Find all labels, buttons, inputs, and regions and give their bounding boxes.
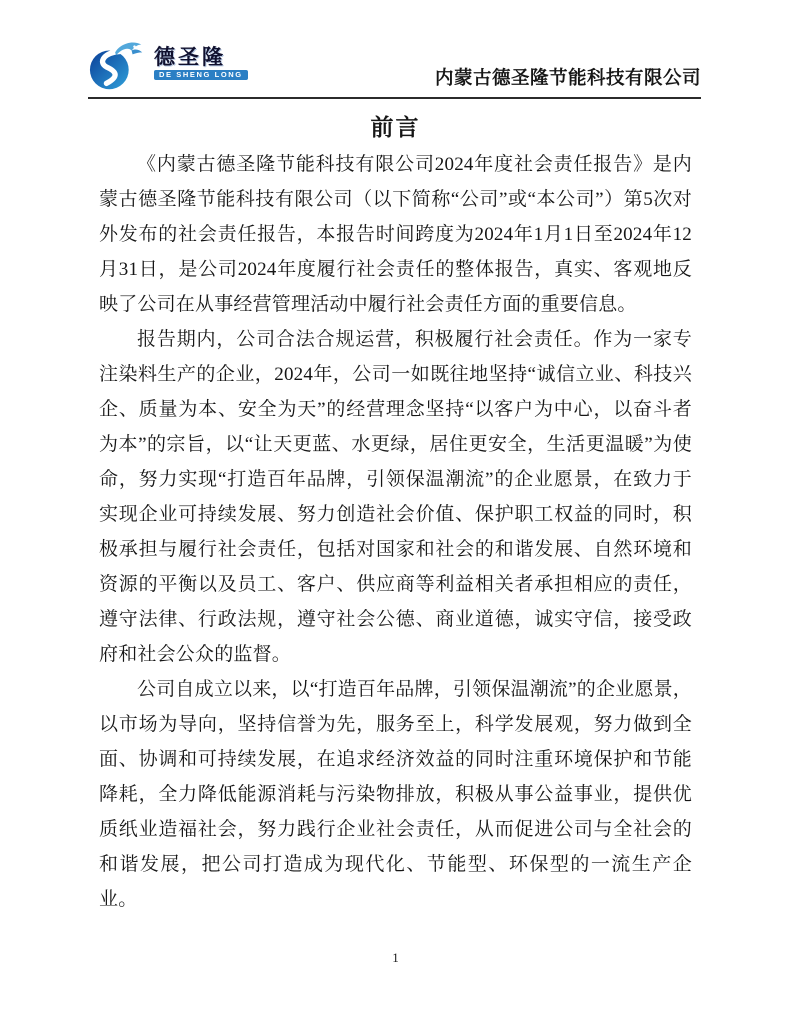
body-paragraph-1: 《内蒙古德圣隆节能科技有限公司2024年度社会责任报告》是内蒙古德圣隆节能科技有… — [99, 147, 692, 322]
body-paragraph-2: 报告期内，公司合法合规运营，积极履行社会责任。作为一家专注染料生产的企业，202… — [99, 322, 692, 672]
company-logo: 德圣隆 DE SHENG LONG — [88, 38, 248, 92]
dragon-globe-icon — [88, 38, 150, 92]
logo-text-cn: 德圣隆 — [154, 47, 226, 68]
document-body: 《内蒙古德圣隆节能科技有限公司2024年度社会责任报告》是内蒙古德圣隆节能科技有… — [99, 147, 692, 917]
page-header: 德圣隆 DE SHENG LONG 内蒙古德圣隆节能科技有限公司 — [88, 38, 701, 99]
body-paragraph-3: 公司自成立以来，以“打造百年品牌，引领保温潮流”的企业愿景，以市场为导向，坚持信… — [99, 672, 692, 917]
document-page: 德圣隆 DE SHENG LONG 内蒙古德圣隆节能科技有限公司 前言 《内蒙古… — [0, 0, 791, 1024]
logo-text-en: DE SHENG LONG — [154, 70, 248, 80]
page-number: 1 — [0, 950, 791, 966]
logo-text-block: 德圣隆 DE SHENG LONG — [154, 47, 248, 80]
header-company-name: 内蒙古德圣隆节能科技有限公司 — [435, 64, 701, 92]
page-title: 前言 — [0, 109, 791, 142]
